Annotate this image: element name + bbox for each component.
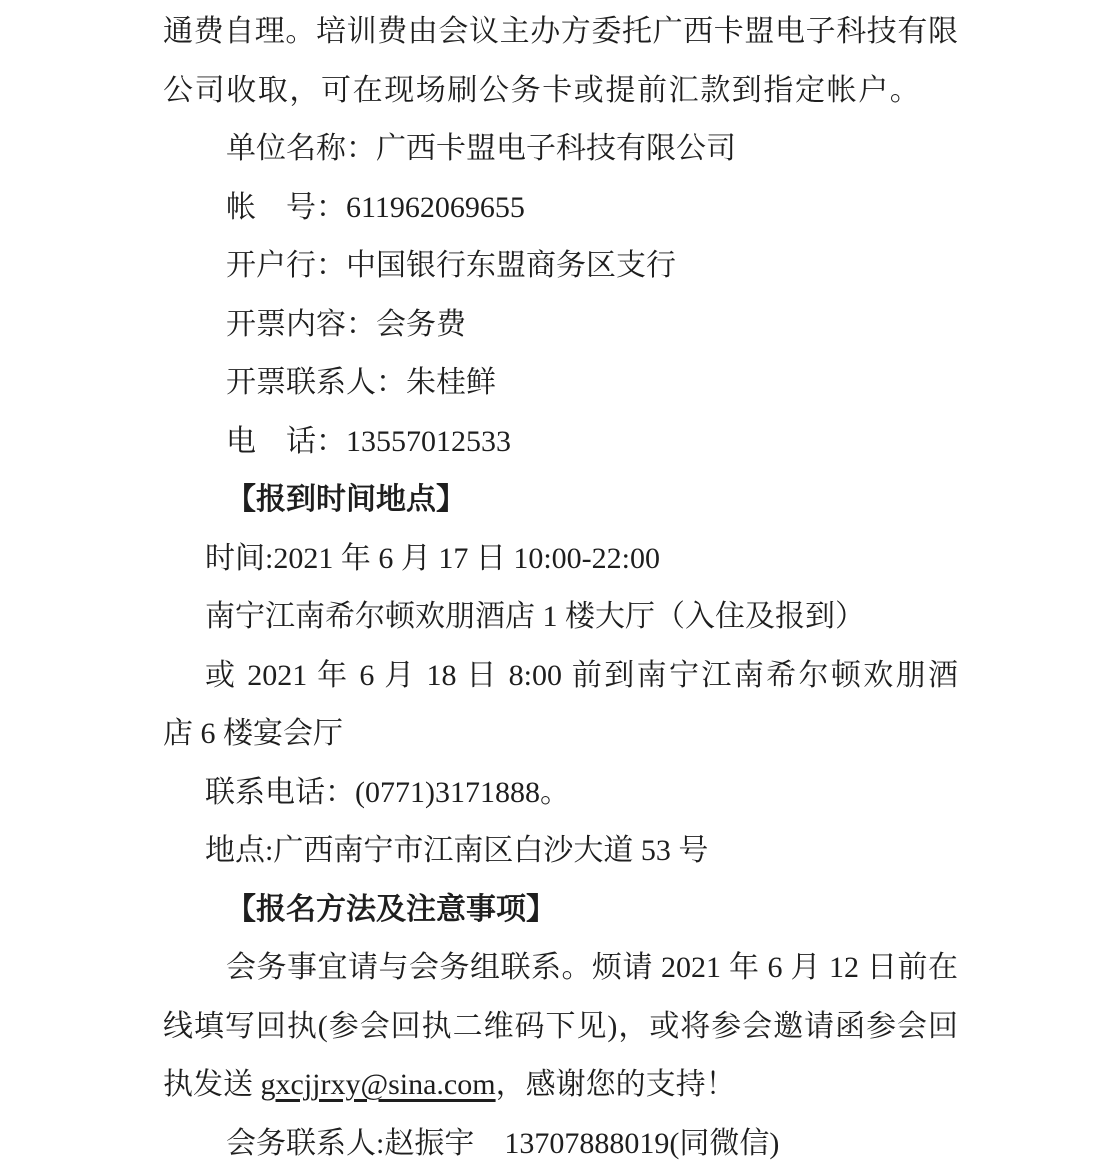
- line-bank-branch: 开户行：中国银行东盟商务区支行: [163, 237, 958, 296]
- line-hotel-address: 地点:广西南宁市江南区白沙大道 53 号: [163, 822, 958, 881]
- line-registration-3-prefix: 执发送: [163, 1068, 261, 1101]
- line-checkin-hotel-lobby: 南宁江南希尔顿欢朋酒店 1 楼大厅（入住及报到）: [163, 588, 958, 647]
- line-hotel-phone: 联系电话：(0771)3171888。: [163, 764, 958, 823]
- line-fee-notice-1: 通费自理。培训费由会议主办方委托广西卡盟电子科技有限: [163, 3, 958, 62]
- line-registration-1: 会务事宜请与会务组联系。烦请 2021 年 6 月 12 日前在: [163, 939, 958, 998]
- document-page: 通费自理。培训费由会议主办方委托广西卡盟电子科技有限 公司收取，可在现场刷公务卡…: [0, 0, 1118, 1173]
- line-fee-notice-2: 公司收取，可在现场刷公务卡或提前汇款到指定帐户。: [163, 62, 958, 121]
- line-checkin-alt-2: 店 6 楼宴会厅: [163, 705, 958, 764]
- email-link[interactable]: gxcjjrxy@sina.com: [261, 1068, 496, 1101]
- line-checkin-time: 时间:2021 年 6 月 17 日 10:00-22:00: [163, 530, 958, 589]
- line-checkin-alt-1: 或 2021 年 6 月 18 日 8:00 前到南宁江南希尔顿欢朋酒: [163, 647, 958, 706]
- line-invoice-content: 开票内容：会务费: [163, 296, 958, 355]
- heading-registration-method: 【报名方法及注意事项】: [163, 881, 958, 940]
- line-invoice-contact: 开票联系人：朱桂鲜: [163, 354, 958, 413]
- line-account-number: 帐 号：611962069655: [163, 179, 958, 238]
- line-company-name: 单位名称：广西卡盟电子科技有限公司: [163, 120, 958, 179]
- line-registration-3: 执发送 gxcjjrxy@sina.com，感谢您的支持！: [163, 1056, 958, 1115]
- line-registration-3-suffix: ，感谢您的支持！: [496, 1068, 736, 1101]
- line-invoice-phone: 电 话：13557012533: [163, 413, 958, 472]
- heading-checkin-time-place: 【报到时间地点】: [163, 471, 958, 530]
- line-conference-contact: 会务联系人:赵振宇 13707888019(同微信): [163, 1115, 958, 1174]
- line-registration-2: 线填写回执(参会回执二维码下见)，或将参会邀请函参会回: [163, 998, 958, 1057]
